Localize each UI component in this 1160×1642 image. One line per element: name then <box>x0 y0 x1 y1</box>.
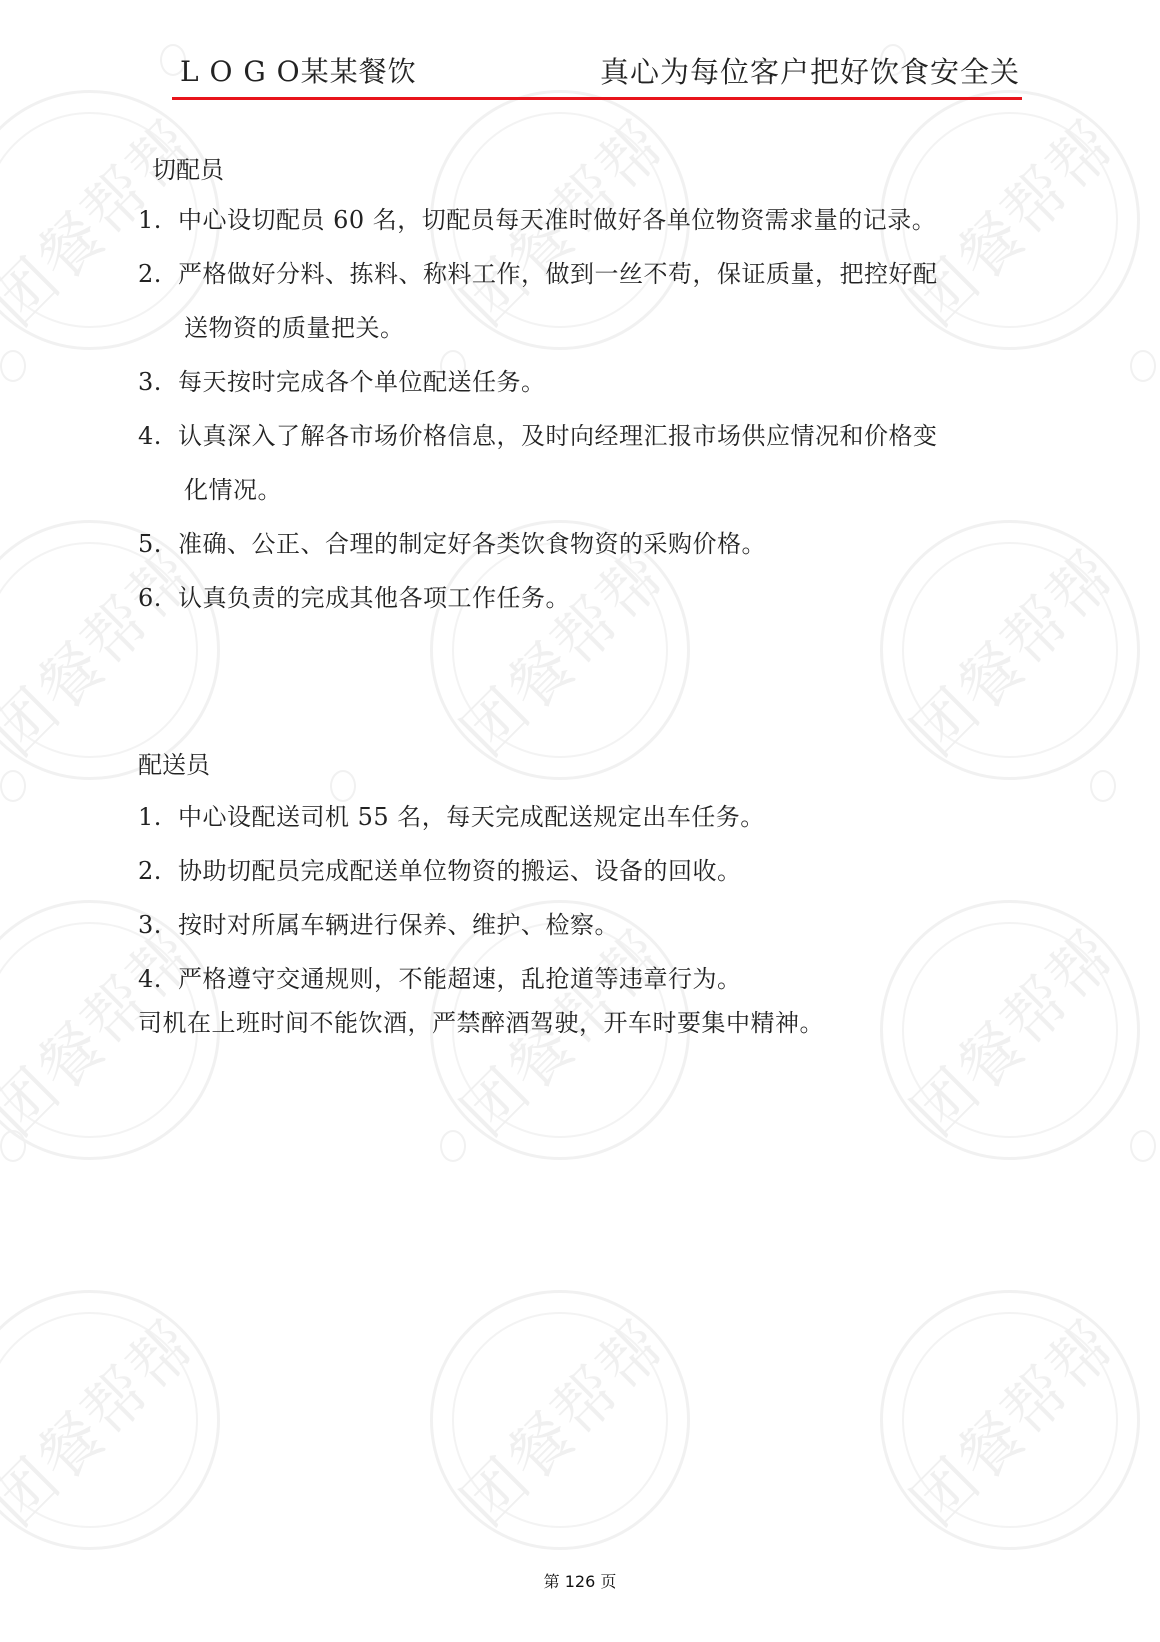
item-text: 中心设配送司机 55 名，每天完成配送规定出车任务。 <box>178 803 765 831</box>
company-logo-text: L O G O某某餐饮 <box>180 50 417 90</box>
page-header: L O G O某某餐饮 真心为每位客户把好饮食安全关 <box>174 46 1022 94</box>
item-number: 3. <box>138 911 178 939</box>
watermark: 团餐帮帮 <box>880 900 1140 1160</box>
watermark-dot <box>440 1130 466 1162</box>
watermark-dot <box>1130 1130 1156 1162</box>
item-text: 每天按时完成各个单位配送任务。 <box>178 368 546 396</box>
page-number: 第 126 页 <box>0 1569 1160 1592</box>
list-item: 2.严格做好分料、拣料、称料工作，做到一丝不苟，保证质量，把控好配 <box>138 254 938 289</box>
item-number: 6. <box>138 584 178 612</box>
list-item: 2.协助切配员完成配送单位物资的搬运、设备的回收。 <box>138 851 742 886</box>
item-text: 准确、公正、合理的制定好各类饮食物资的采购价格。 <box>178 530 766 558</box>
watermark: 团餐帮帮 <box>880 520 1140 780</box>
watermark-dot <box>0 350 26 382</box>
item-text-continuation: 送物资的质量把关。 <box>184 308 405 343</box>
header-divider <box>172 97 1022 100</box>
list-item: 6.认真负责的完成其他各项工作任务。 <box>138 578 570 613</box>
item-number: 1. <box>138 803 178 831</box>
delivery-note: 司机在上班时间不能饮酒，严禁醉酒驾驶，开车时要集中精神。 <box>138 1003 824 1038</box>
watermark-dot <box>0 1130 26 1162</box>
item-text: 按时对所属车辆进行保养、维护、检察。 <box>178 911 619 939</box>
list-item: 4.认真深入了解各市场价格信息，及时向经理汇报市场供应情况和价格变 <box>138 416 938 451</box>
list-item: 3.按时对所属车辆进行保养、维护、检察。 <box>138 905 619 940</box>
item-number: 5. <box>138 530 178 558</box>
item-text: 严格做好分料、拣料、称料工作，做到一丝不苟，保证质量，把控好配 <box>178 260 938 288</box>
watermark: 团餐帮帮 <box>0 520 220 780</box>
list-item: 4.严格遵守交通规则，不能超速，乱抢道等违章行为。 <box>138 959 742 994</box>
watermark-dot <box>1130 350 1156 382</box>
list-item: 5.准确、公正、合理的制定好各类饮食物资的采购价格。 <box>138 524 766 559</box>
watermark: 团餐帮帮 <box>880 1290 1140 1550</box>
item-text: 协助切配员完成配送单位物资的搬运、设备的回收。 <box>178 857 742 885</box>
item-number: 1. <box>138 206 178 234</box>
item-text: 中心设切配员 60 名，切配员每天准时做好各单位物资需求量的记录。 <box>178 206 936 234</box>
item-number: 4. <box>138 965 178 993</box>
item-text-continuation: 化情况。 <box>184 470 282 505</box>
watermark-dot <box>0 770 26 802</box>
watermark: 团餐帮帮 <box>430 520 690 780</box>
item-number: 3. <box>138 368 178 396</box>
section-title-delivery: 配送员 <box>138 745 210 780</box>
item-text: 严格遵守交通规则，不能超速，乱抢道等违章行为。 <box>178 965 742 993</box>
watermark-dot <box>1090 770 1116 802</box>
list-item: 1.中心设配送司机 55 名，每天完成配送规定出车任务。 <box>138 797 765 832</box>
watermark: 团餐帮帮 <box>0 1290 220 1550</box>
item-number: 4. <box>138 422 178 450</box>
section-title-cutter: 切配员 <box>152 150 224 185</box>
watermark: 团餐帮帮 <box>430 1290 690 1550</box>
item-text: 认真深入了解各市场价格信息，及时向经理汇报市场供应情况和价格变 <box>178 422 938 450</box>
header-slogan: 真心为每位客户把好饮食安全关 <box>600 50 1020 91</box>
item-text: 认真负责的完成其他各项工作任务。 <box>178 584 570 612</box>
item-number: 2. <box>138 260 178 288</box>
list-item: 3.每天按时完成各个单位配送任务。 <box>138 362 546 397</box>
item-number: 2. <box>138 857 178 885</box>
list-item: 1.中心设切配员 60 名，切配员每天准时做好各单位物资需求量的记录。 <box>138 200 936 235</box>
